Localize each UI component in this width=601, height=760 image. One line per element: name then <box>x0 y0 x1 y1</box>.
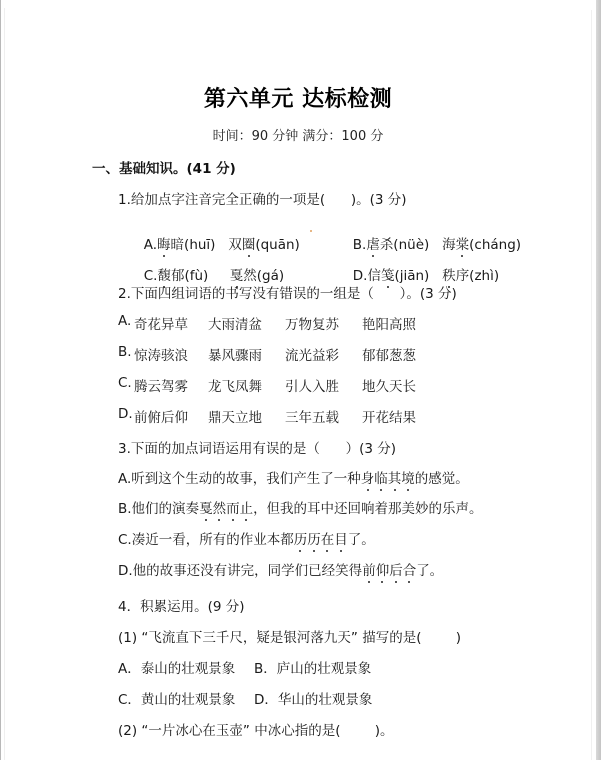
word: 奇花异草 <box>134 313 188 333</box>
page-left-guide <box>4 8 5 760</box>
page-left-border <box>0 0 1 760</box>
word: 龙飞凤舞 <box>208 375 262 395</box>
section-heading-basic-knowledge: 一、基础知识。(41 分) <box>92 157 236 177</box>
word: 暴风骤雨 <box>208 344 262 364</box>
text: 了。 <box>348 532 375 548</box>
emphasis-char: 目 <box>334 528 348 548</box>
q4-1-option-a: A．泰山的壮观景象 <box>118 657 235 677</box>
emphasis-char: 然 <box>213 497 227 517</box>
emphasis-char: 戛 <box>230 264 244 284</box>
question-1-prompt: 1.给加点字注音完全正确的一项是( )。(3 分) <box>118 188 407 208</box>
text: 的感觉。 <box>415 471 469 487</box>
emphasis-char: 合 <box>403 559 417 579</box>
word: 艳阳高照 <box>362 313 416 333</box>
word: 三年五载 <box>285 406 339 426</box>
document-page: 第六单元 达标检测 时间：90 分钟 满分：100 分 一、基础知识。(41 分… <box>0 0 596 760</box>
emphasis-char: 在 <box>321 528 335 548</box>
word: 流光益彩 <box>285 344 339 364</box>
word: 开花结果 <box>362 406 416 426</box>
question-4-2-prompt: (2) “一片冰心在玉壶” 中冰心指的是( )。 <box>118 719 394 739</box>
q3-option-a: A.听到这个生动的故事，我们产生了一种身临其境的感觉。 <box>118 467 469 487</box>
text: C.凑近一看，所有的作业本都 <box>118 532 294 548</box>
emphasis-char: 仰 <box>376 559 390 579</box>
question-3-prompt: 3.下面的加点词语运用有误的是（ ）(3 分) <box>118 437 396 457</box>
q4-1-option-b: B．庐山的壮观景象 <box>254 657 371 677</box>
word: 前俯后仰 <box>134 406 188 426</box>
text: 序(zhì) <box>456 268 499 284</box>
option-label: A. <box>118 313 131 329</box>
emphasis-char: 后 <box>389 559 403 579</box>
question-2-prompt: 2.下面四组词语的书写没有错误的一组是（ ）。(3 分) <box>118 282 457 302</box>
q4-1-option-c: C．黄山的壮观景象 <box>118 688 235 708</box>
option-label: D. <box>118 406 133 422</box>
word: 腾云驾雾 <box>134 375 188 395</box>
emphasis-char: 前 <box>362 559 376 579</box>
page-right-guide <box>591 10 592 760</box>
text: B.他们的演奏 <box>118 501 199 517</box>
word: 万物复苏 <box>285 313 339 333</box>
exam-time-score: 时间：90 分钟 满分：100 分 <box>0 125 596 144</box>
emphasis-char: 历 <box>294 528 308 548</box>
emphasis-char: 境 <box>401 467 415 487</box>
emphasis-char: 馥 <box>157 264 171 284</box>
q3-option-d: D.他的故事还没有讲完，同学们已经笑得前仰后合了。 <box>118 559 443 579</box>
word: 惊涛骇浪 <box>134 344 188 364</box>
text: A.听到这个生动的故事，我们产生了一种 <box>118 471 361 487</box>
q3-option-b: B.他们的演奏戛然而止，但我的耳中还回响着那美妙的乐声。 <box>118 497 483 517</box>
word: 大雨清盆 <box>208 313 262 333</box>
word: 郁郁葱葱 <box>362 344 416 364</box>
emphasis-char: 其 <box>388 467 402 487</box>
option-label: B. <box>118 344 132 360</box>
page-right-shadow <box>596 0 601 760</box>
text: D.他的故事还没有讲完，同学们已经笑得 <box>118 563 362 579</box>
word: 鼎天立地 <box>208 406 262 426</box>
text: 了。 <box>416 563 443 579</box>
text: ，但我的耳中还回响着那美妙的乐声。 <box>253 501 483 517</box>
emphasis-char: 历 <box>307 528 321 548</box>
option-label: C. <box>118 375 132 391</box>
word: 引人入胜 <box>285 375 339 395</box>
stray-dot-artifact <box>310 230 312 232</box>
emphasis-char: 戛 <box>199 497 213 517</box>
q4-1-option-d: D．华山的壮观景象 <box>254 688 372 708</box>
emphasis-char: 身 <box>361 467 375 487</box>
q3-option-c: C.凑近一看，所有的作业本都历历在目了。 <box>118 528 375 548</box>
emphasis-char: 止 <box>240 497 254 517</box>
emphasis-char: 秩 <box>442 264 456 284</box>
emphasis-char: 临 <box>374 467 388 487</box>
document-title: 第六单元 达标检测 <box>0 82 596 113</box>
question-4-prompt: 4．积累运用。(9 分) <box>118 595 245 615</box>
emphasis-char: 而 <box>226 497 240 517</box>
question-4-1-prompt: (1) “飞流直下三千尺，疑是银河落九天” 描写的是( ) <box>118 626 461 646</box>
word: 地久天长 <box>362 375 416 395</box>
emphasis-char: 笺 <box>381 264 395 284</box>
